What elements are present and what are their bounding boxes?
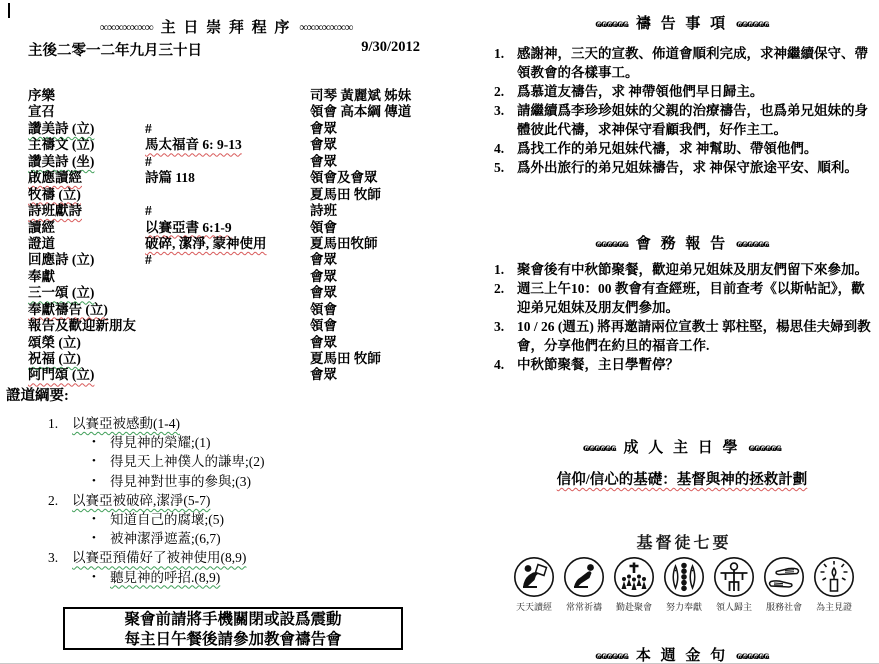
weekly-verse-title: 本 週 金 句 xyxy=(636,648,728,664)
program-item-leader: 會眾 xyxy=(310,121,430,137)
prayer-item-text: 感謝神，三天的宣教、佈道會順利完成，求神繼續保守、帶領教會的各樣事工。 xyxy=(517,44,874,82)
scroll-ornament-icon: ҩҩҩҩҩҩ xyxy=(595,648,627,662)
seven-cell: 努力奉獻 xyxy=(661,556,707,613)
program-item-name: 啟應讀經 xyxy=(28,170,145,186)
date-row: 主後二零一二年九月三十日 9/30/2012 xyxy=(28,39,420,60)
outline-point: 3. 以賽亞預備好了被神使用(8,9) xyxy=(48,548,428,567)
text-cursor xyxy=(8,3,10,18)
outline-subtext: 得見神的榮耀;(1) xyxy=(110,433,211,452)
prayer-item-number: 3. xyxy=(494,101,517,139)
announcement-item: 2. 週三上午10：00 教會有查經班，目前查考《以斯帖記》，歡迎弟兄姐妹及朋友… xyxy=(494,279,874,317)
church-gathering-icon xyxy=(613,556,655,598)
prayer-icon xyxy=(563,556,605,598)
announcement-item-number: 2. xyxy=(494,279,517,317)
program-item-leader: 領會 xyxy=(310,220,430,236)
program-item-content xyxy=(145,302,310,318)
chain-ornament-icon: ∞∞∞∞∞∞∞ xyxy=(299,20,352,34)
outline-number: 2. xyxy=(48,491,72,510)
seven-cell: 勤赴聚會 xyxy=(611,556,657,613)
evangelism-icon xyxy=(713,556,755,598)
program-row: 牧禱 (立) 夏馬田 牧師 xyxy=(28,187,430,203)
program-item-leader: 夏馬田 牧師 xyxy=(310,187,430,203)
program-item-content: # xyxy=(145,121,310,137)
seven-caption: 努力奉獻 xyxy=(661,600,707,613)
program-item-name: 阿門頌 (立) xyxy=(28,367,145,383)
program-table: 序樂 司琴 黃麗斌 姊妹 宣召 領會 高本綱 傳道 讚美詩 (立) # 會眾 主… xyxy=(28,88,430,384)
outline-point: 1. 以賽亞被感動(1-4) xyxy=(48,414,428,433)
sunday-school-header: ҩҩҩҩҩҩ成 人 主 日 學ҩҩҩҩҩҩ xyxy=(492,436,872,457)
announcement-item-text: 聚會後有中秋節聚餐，歡迎弟兄姐妹及朋友們留下來參加。 xyxy=(517,260,874,279)
program-item-name: 牧禱 (立) xyxy=(28,187,145,203)
program-item-leader: 夏馬田牧師 xyxy=(310,236,430,252)
notice-line-2: 每主日午餐後請參加教會禱告會 xyxy=(65,630,401,650)
prayer-item-number: 1. xyxy=(494,44,517,82)
program-item-name: 回應詩 (立) xyxy=(28,252,145,268)
announcements-list: 1. 聚會後有中秋節聚餐，歡迎弟兄姐妹及朋友們留下來參加。 2. 週三上午10：… xyxy=(494,260,874,374)
sunday-school-title: 成 人 主 日 學 xyxy=(623,440,740,456)
outline-subpoint: • 得見天上神僕人的謙卑;(2) xyxy=(48,452,428,471)
program-row: 序樂 司琴 黃麗斌 姊妹 xyxy=(28,88,430,104)
seven-cell: 服務社會 xyxy=(761,556,807,613)
announcement-item-text: 10 / 26 (週五) 將再邀請兩位宣教士 郭柱堅，楊思佳夫婦到教會，分享他們… xyxy=(517,317,874,355)
program-item-name: 詩班獻詩 xyxy=(28,203,145,219)
announcement-item-number: 4. xyxy=(494,355,517,374)
program-item-content xyxy=(145,269,310,285)
seven-cell: 為主見證 xyxy=(811,556,857,613)
announcement-item-number: 3. xyxy=(494,317,517,355)
prayer-item-number: 4. xyxy=(494,139,517,158)
offering-icon xyxy=(663,556,705,598)
seven-essentials-icons: 天天讀經 常常祈禱 xyxy=(508,556,860,613)
program-row: 證道 破碎, 潔淨, 蒙神使用 夏馬田牧師 xyxy=(28,236,430,252)
worship-order-title: 主 日 崇 拜 程 序 xyxy=(161,20,292,36)
seven-cell: 天天讀經 xyxy=(511,556,557,613)
program-row: 讚美詩 (坐) # 會眾 xyxy=(28,154,430,170)
seven-caption: 服務社會 xyxy=(761,600,807,613)
program-item-content xyxy=(145,367,310,383)
scroll-ornament-icon: ҩҩҩҩҩҩ xyxy=(749,440,781,454)
program-item-leader: 領會 xyxy=(310,302,430,318)
program-row: 詩班獻詩 # 詩班 xyxy=(28,203,430,219)
program-item-content: # xyxy=(145,154,310,170)
program-item-content: # xyxy=(145,252,310,268)
program-item-content: 詩篇 118 xyxy=(145,170,310,186)
seven-caption: 為主見證 xyxy=(811,600,857,613)
program-item-content xyxy=(145,318,310,334)
notice-line-1: 聚會前請將手機關閉或設爲震動 xyxy=(65,610,401,630)
outline-subpoint: • 得見神對世事的參與;(3) xyxy=(48,472,428,491)
program-item-leader: 會眾 xyxy=(310,154,430,170)
program-item-leader: 會眾 xyxy=(310,285,430,301)
seven-essentials-title: 基督徒七要 xyxy=(508,530,860,553)
program-item-name: 序樂 xyxy=(28,88,145,104)
program-item-name: 讚美詩 (坐) xyxy=(28,154,145,170)
prayer-items-title: 禱 告 事 項 xyxy=(636,16,728,32)
program-item-content: 馬太福音 6: 9-13 xyxy=(145,137,310,153)
program-row: 讀經 以賽亞書 6:1-9 領會 xyxy=(28,220,430,236)
outline-subtext: 被神潔淨遮蓋;(6,7) xyxy=(110,529,221,548)
program-item-content: 以賽亞書 6:1-9 xyxy=(145,220,310,236)
program-item-content xyxy=(145,104,310,120)
scroll-ornament-icon: ҩҩҩҩҩҩ xyxy=(595,236,627,250)
announcements-header: ҩҩҩҩҩҩ會 務 報 告ҩҩҩҩҩҩ xyxy=(492,232,872,253)
prayer-items-list: 1. 感謝神，三天的宣教、佈道會順利完成，求神繼續保守、帶領教會的各樣事工。 2… xyxy=(494,44,874,177)
bulletin-page: ∞∞∞∞∞∞∞主 日 崇 拜 程 序∞∞∞∞∞∞∞ 主後二零一二年九月三十日 9… xyxy=(0,0,879,664)
program-item-leader: 會眾 xyxy=(310,335,430,351)
program-row: 啟應讀經 詩篇 118 領會及會眾 xyxy=(28,170,430,186)
program-item-name: 主禱文 (立) xyxy=(28,137,145,153)
outline-text: 以賽亞被感動(1-4) xyxy=(72,414,180,433)
program-item-content: # xyxy=(145,203,310,219)
program-row: 奉獻 會眾 xyxy=(28,269,430,285)
outline-subtext: 知道自己的腐壞;(5) xyxy=(110,510,224,529)
program-item-name: 奉獻禱告 (立) xyxy=(28,302,145,318)
outline-subtext: 聽見神的呼招.(8,9) xyxy=(110,568,220,587)
program-row: 主禱文 (立) 馬太福音 6: 9-13 會眾 xyxy=(28,137,430,153)
phone-notice-box: 聚會前請將手機關閉或設爲震動 每主日午餐後請參加教會禱告會 xyxy=(63,607,403,650)
sunday-school-topic: 信仰/信心的基礎：基督與神的拯救計劃 xyxy=(492,468,872,489)
seven-caption: 天天讀經 xyxy=(511,600,557,613)
prayer-item: 3. 請繼續爲李珍珍姐妹的父親的治療禱告，也爲弟兄姐妹的身體彼此代禱，求神保守看… xyxy=(494,101,874,139)
program-row: 阿門頌 (立) 會眾 xyxy=(28,367,430,383)
prayer-item-text: 爲慕道友禱告，求 神帶領他們早日歸主。 xyxy=(517,82,874,101)
program-item-name: 讚美詩 (立) xyxy=(28,121,145,137)
program-item-content xyxy=(145,187,310,203)
outline-point: 2. 以賽亞被破碎,潔淨(5-7) xyxy=(48,491,428,510)
witness-candle-icon xyxy=(813,556,855,598)
outline-subpoint: • 得見神的榮耀;(1) xyxy=(48,433,428,452)
program-item-name: 讀經 xyxy=(28,220,145,236)
announcements-title: 會 務 報 告 xyxy=(636,236,728,252)
outline-text: 以賽亞預備好了被神使用(8,9) xyxy=(72,548,246,567)
program-item-content xyxy=(145,88,310,104)
program-item-leader: 司琴 黃麗斌 姊妹 xyxy=(310,88,430,104)
sermon-outline: 1. 以賽亞被感動(1-4) • 得見神的榮耀;(1) • 得見天上神僕人的謙卑… xyxy=(48,414,428,587)
program-item-name: 奉獻 xyxy=(28,269,145,285)
seven-cell: 常常祈禱 xyxy=(561,556,607,613)
outline-number: 1. xyxy=(48,414,72,433)
program-item-leader: 領會 高本綱 傳道 xyxy=(310,104,430,120)
prayer-item-text: 爲找工作的弟兄姐妹代禱，求 神幫助、帶領他們。 xyxy=(517,139,874,158)
weekly-verse-header: ҩҩҩҩҩҩ本 週 金 句ҩҩҩҩҩҩ xyxy=(492,644,872,664)
date-numeric: 9/30/2012 xyxy=(361,39,420,60)
program-item-name: 三一頌 (立) xyxy=(28,285,145,301)
program-row: 報告及歡迎新朋友 領會 xyxy=(28,318,430,334)
program-item-leader: 領會及會眾 xyxy=(310,170,430,186)
scroll-ornament-icon: ҩҩҩҩҩҩ xyxy=(595,16,627,30)
program-item-content xyxy=(145,335,310,351)
program-row: 三一頌 (立) 會眾 xyxy=(28,285,430,301)
prayer-item-text: 爲外出旅行的弟兄姐妹禱告，求 神保守旅途平安、順利。 xyxy=(517,158,874,177)
bullet-icon: • xyxy=(92,433,110,452)
prayer-item: 4. 爲找工作的弟兄姐妹代禱，求 神幫助、帶領他們。 xyxy=(494,139,874,158)
program-item-name: 頌榮 (立) xyxy=(28,335,145,351)
outline-subpoint: • 知道自己的腐壞;(5) xyxy=(48,510,428,529)
outline-subtext: 得見天上神僕人的謙卑;(2) xyxy=(110,452,265,471)
seven-caption: 常常祈禱 xyxy=(561,600,607,613)
outline-subtext: 得見神對世事的參與;(3) xyxy=(110,472,251,491)
program-row: 頌榮 (立) 會眾 xyxy=(28,335,430,351)
announcement-item-text: 週三上午10：00 教會有查經班，目前查考《以斯帖記》，歡迎弟兄姐妹及朋友們參加… xyxy=(517,279,874,317)
program-item-content xyxy=(145,351,310,367)
prayer-item: 2. 爲慕道友禱告，求 神帶領他們早日歸主。 xyxy=(494,82,874,101)
announcement-item-text: 中秋節聚餐，主日學暫停？ xyxy=(517,355,874,374)
program-item-leader: 夏馬田 牧師 xyxy=(310,351,430,367)
prayer-item-number: 5. xyxy=(494,158,517,177)
bullet-icon: • xyxy=(92,472,110,491)
program-row: 奉獻禱告 (立) 領會 xyxy=(28,302,430,318)
bullet-icon: • xyxy=(92,510,110,529)
announcement-item: 3. 10 / 26 (週五) 將再邀請兩位宣教士 郭柱堅，楊思佳夫婦到教會，分… xyxy=(494,317,874,355)
prayer-items-header: ҩҩҩҩҩҩ禱 告 事 項ҩҩҩҩҩҩ xyxy=(492,12,872,33)
scroll-ornament-icon: ҩҩҩҩҩҩ xyxy=(736,648,768,662)
seven-caption: 領人歸主 xyxy=(711,600,757,613)
announcement-item-number: 1. xyxy=(494,260,517,279)
date-chinese: 主後二零一二年九月三十日 xyxy=(28,39,202,60)
program-item-name: 證道 xyxy=(28,236,145,252)
bullet-icon: • xyxy=(92,529,110,548)
program-row: 宣召 領會 高本綱 傳道 xyxy=(28,104,430,120)
scroll-ornament-icon: ҩҩҩҩҩҩ xyxy=(583,440,615,454)
reading-bible-icon xyxy=(513,556,555,598)
chain-ornament-icon: ∞∞∞∞∞∞∞ xyxy=(100,20,153,34)
worship-order-header: ∞∞∞∞∞∞∞主 日 崇 拜 程 序∞∞∞∞∞∞∞ xyxy=(28,16,424,37)
prayer-item-text: 請繼續爲李珍珍姐妹的父親的治療禱告，也爲弟兄姐妹的身體彼此代禱，求神保守看顧我們… xyxy=(517,101,874,139)
program-row: 回應詩 (立) # 會眾 xyxy=(28,252,430,268)
seven-cell: 領人歸主 xyxy=(711,556,757,613)
prayer-item-number: 2. xyxy=(494,82,517,101)
program-item-name: 宣召 xyxy=(28,104,145,120)
scroll-ornament-icon: ҩҩҩҩҩҩ xyxy=(736,236,768,250)
program-item-name: 祝福 (立) xyxy=(28,351,145,367)
program-row: 讚美詩 (立) # 會眾 xyxy=(28,121,430,137)
announcement-item: 1. 聚會後有中秋節聚餐，歡迎弟兄姐妹及朋友們留下來參加。 xyxy=(494,260,874,279)
program-item-content: 破碎, 潔淨, 蒙神使用 xyxy=(145,236,310,252)
program-item-leader: 會眾 xyxy=(310,252,430,268)
seven-caption: 勤赴聚會 xyxy=(611,600,657,613)
outline-number: 3. xyxy=(48,548,72,567)
outline-text: 以賽亞被破碎,潔淨(5-7) xyxy=(72,491,210,510)
seven-essentials: 基督徒七要 天天讀經 xyxy=(508,530,860,613)
program-item-leader: 領會 xyxy=(310,318,430,334)
scroll-ornament-icon: ҩҩҩҩҩҩ xyxy=(736,16,768,30)
sermon-outline-heading: 證道綱要: xyxy=(6,384,69,405)
prayer-item: 5. 爲外出旅行的弟兄姐妹禱告，求 神保守旅途平安、順利。 xyxy=(494,158,874,177)
community-service-icon xyxy=(763,556,805,598)
program-row: 祝福 (立) 夏馬田 牧師 xyxy=(28,351,430,367)
prayer-item: 1. 感謝神，三天的宣教、佈道會順利完成，求神繼續保守、帶領教會的各樣事工。 xyxy=(494,44,874,82)
program-item-name: 報告及歡迎新朋友 xyxy=(28,318,145,334)
announcement-item: 4. 中秋節聚餐，主日學暫停？ xyxy=(494,355,874,374)
outline-subpoint: • 被神潔淨遮蓋;(6,7) xyxy=(48,529,428,548)
outline-subpoint: • 聽見神的呼招.(8,9) xyxy=(48,568,428,587)
bullet-icon: • xyxy=(92,568,110,587)
program-item-leader: 會眾 xyxy=(310,137,430,153)
program-item-leader: 會眾 xyxy=(310,367,430,383)
program-item-leader: 詩班 xyxy=(310,203,430,219)
program-item-content xyxy=(145,285,310,301)
bullet-icon: • xyxy=(92,452,110,471)
program-item-leader: 會眾 xyxy=(310,269,430,285)
